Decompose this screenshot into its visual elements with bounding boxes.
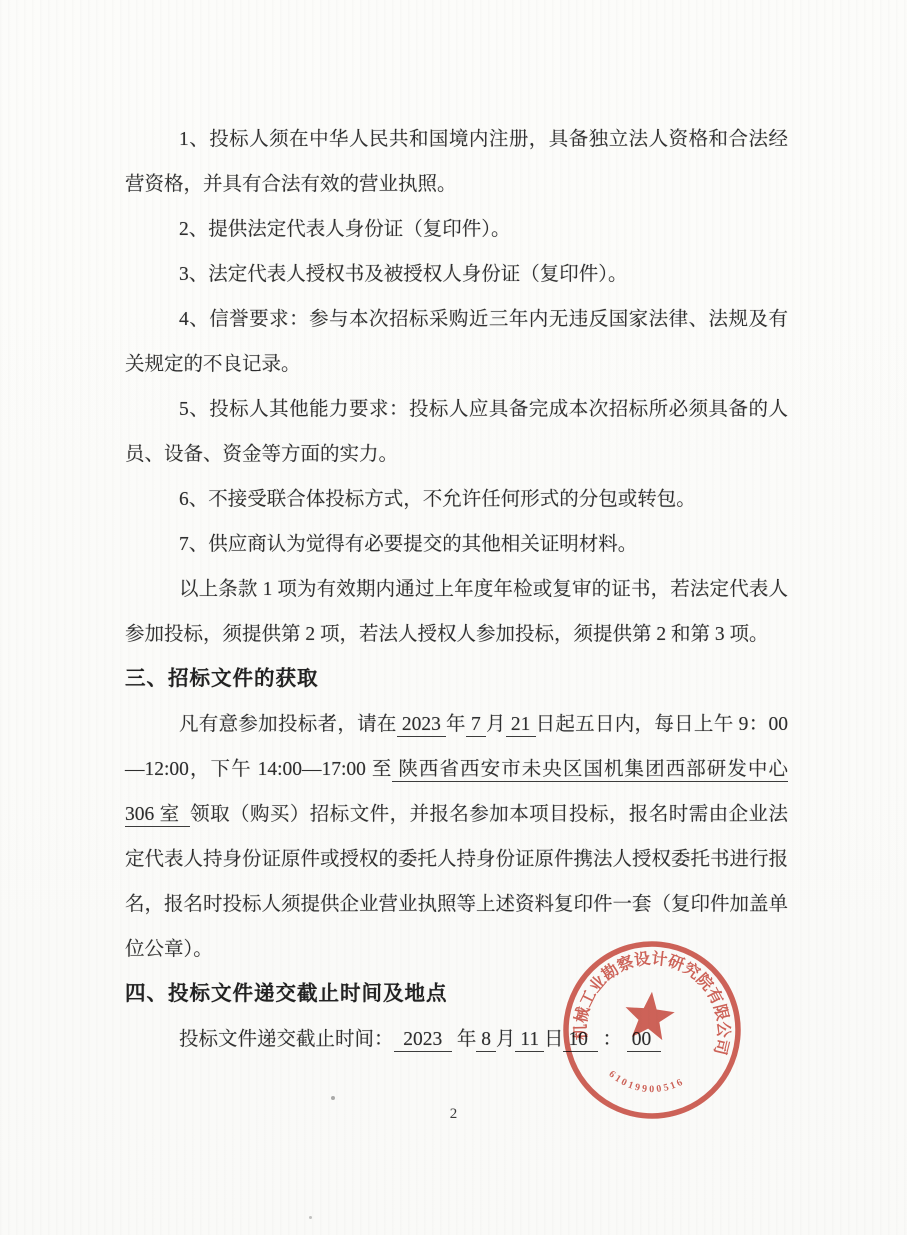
filled-blank: 00 [627, 1029, 661, 1052]
section-heading-3: 三、招标文件的获取 [125, 657, 788, 702]
list-item-5: 5、投标人其他能力要求：投标人应具备完成本次招标所必须具备的人员、设备、资金等方… [125, 387, 788, 477]
seal-code: 61019900516 [605, 1068, 688, 1099]
list-item-3: 3、法定代表人授权书及被授权人身份证（复印件）。 [125, 252, 788, 297]
list-item-1: 1、投标人须在中华人民共和国境内注册，具备独立法人资格和合法经营资格，并具有合法… [125, 117, 788, 207]
filled-blank: 10 [563, 1029, 597, 1052]
section3-paragraph: 凡有意参加投标者，请在 2023 年 7 月 21 日起五日内，每日上午 9：0… [125, 702, 788, 972]
list-item-2: 2、提供法定代表人身份证（复印件）。 [125, 207, 788, 252]
svg-text:61019900516: 61019900516 [605, 1068, 688, 1099]
note-paragraph: 以上条款 1 项为有效期内通过上年度年检或复审的证书，若法定代表人参加投标，须提… [125, 567, 788, 657]
filled-blank: 7 [466, 714, 486, 737]
text-run: ： [598, 1029, 627, 1050]
text-run: 月 [486, 714, 506, 735]
filled-blank: 21 [506, 714, 536, 737]
filled-blank: 2023 [394, 1029, 453, 1052]
text-run: 日 [544, 1029, 564, 1050]
page-number: 2 [0, 1106, 907, 1123]
filled-blank: 2023 [397, 714, 446, 737]
text-run: 年 [446, 714, 466, 735]
text-run: 投标文件递交截止时间： [179, 1029, 394, 1050]
scan-speck [309, 1216, 312, 1219]
text-run: 凡有意参加投标者，请在 [179, 714, 397, 735]
deadline-line: 投标文件递交截止时间： 2023 年 8 月 11 日 10 ： 00 [125, 1017, 788, 1062]
scan-speck [331, 1096, 335, 1100]
text-run: 领取（购买）招标文件，并报名参加本项目投标，报名时需由企业法定代表人持身份证原件… [125, 804, 788, 960]
list-item-6: 6、不接受联合体投标方式，不允许任何形式的分包或转包。 [125, 477, 788, 522]
list-item-4: 4、信誉要求：参与本次招标采购近三年内无违反国家法律、法规及有关规定的不良记录。 [125, 297, 788, 387]
list-item-7: 7、供应商认为觉得有必要提交的其他相关证明材料。 [125, 522, 788, 567]
document-page: 1、投标人须在中华人民共和国境内注册，具备独立法人资格和合法经营资格，并具有合法… [125, 117, 788, 1062]
text-run: 年 [452, 1029, 476, 1050]
filled-blank: 8 [476, 1029, 496, 1052]
text-run: 月 [496, 1029, 516, 1050]
filled-blank: 11 [515, 1029, 544, 1052]
section-heading-4: 四、投标文件递交截止时间及地点 [125, 972, 788, 1017]
